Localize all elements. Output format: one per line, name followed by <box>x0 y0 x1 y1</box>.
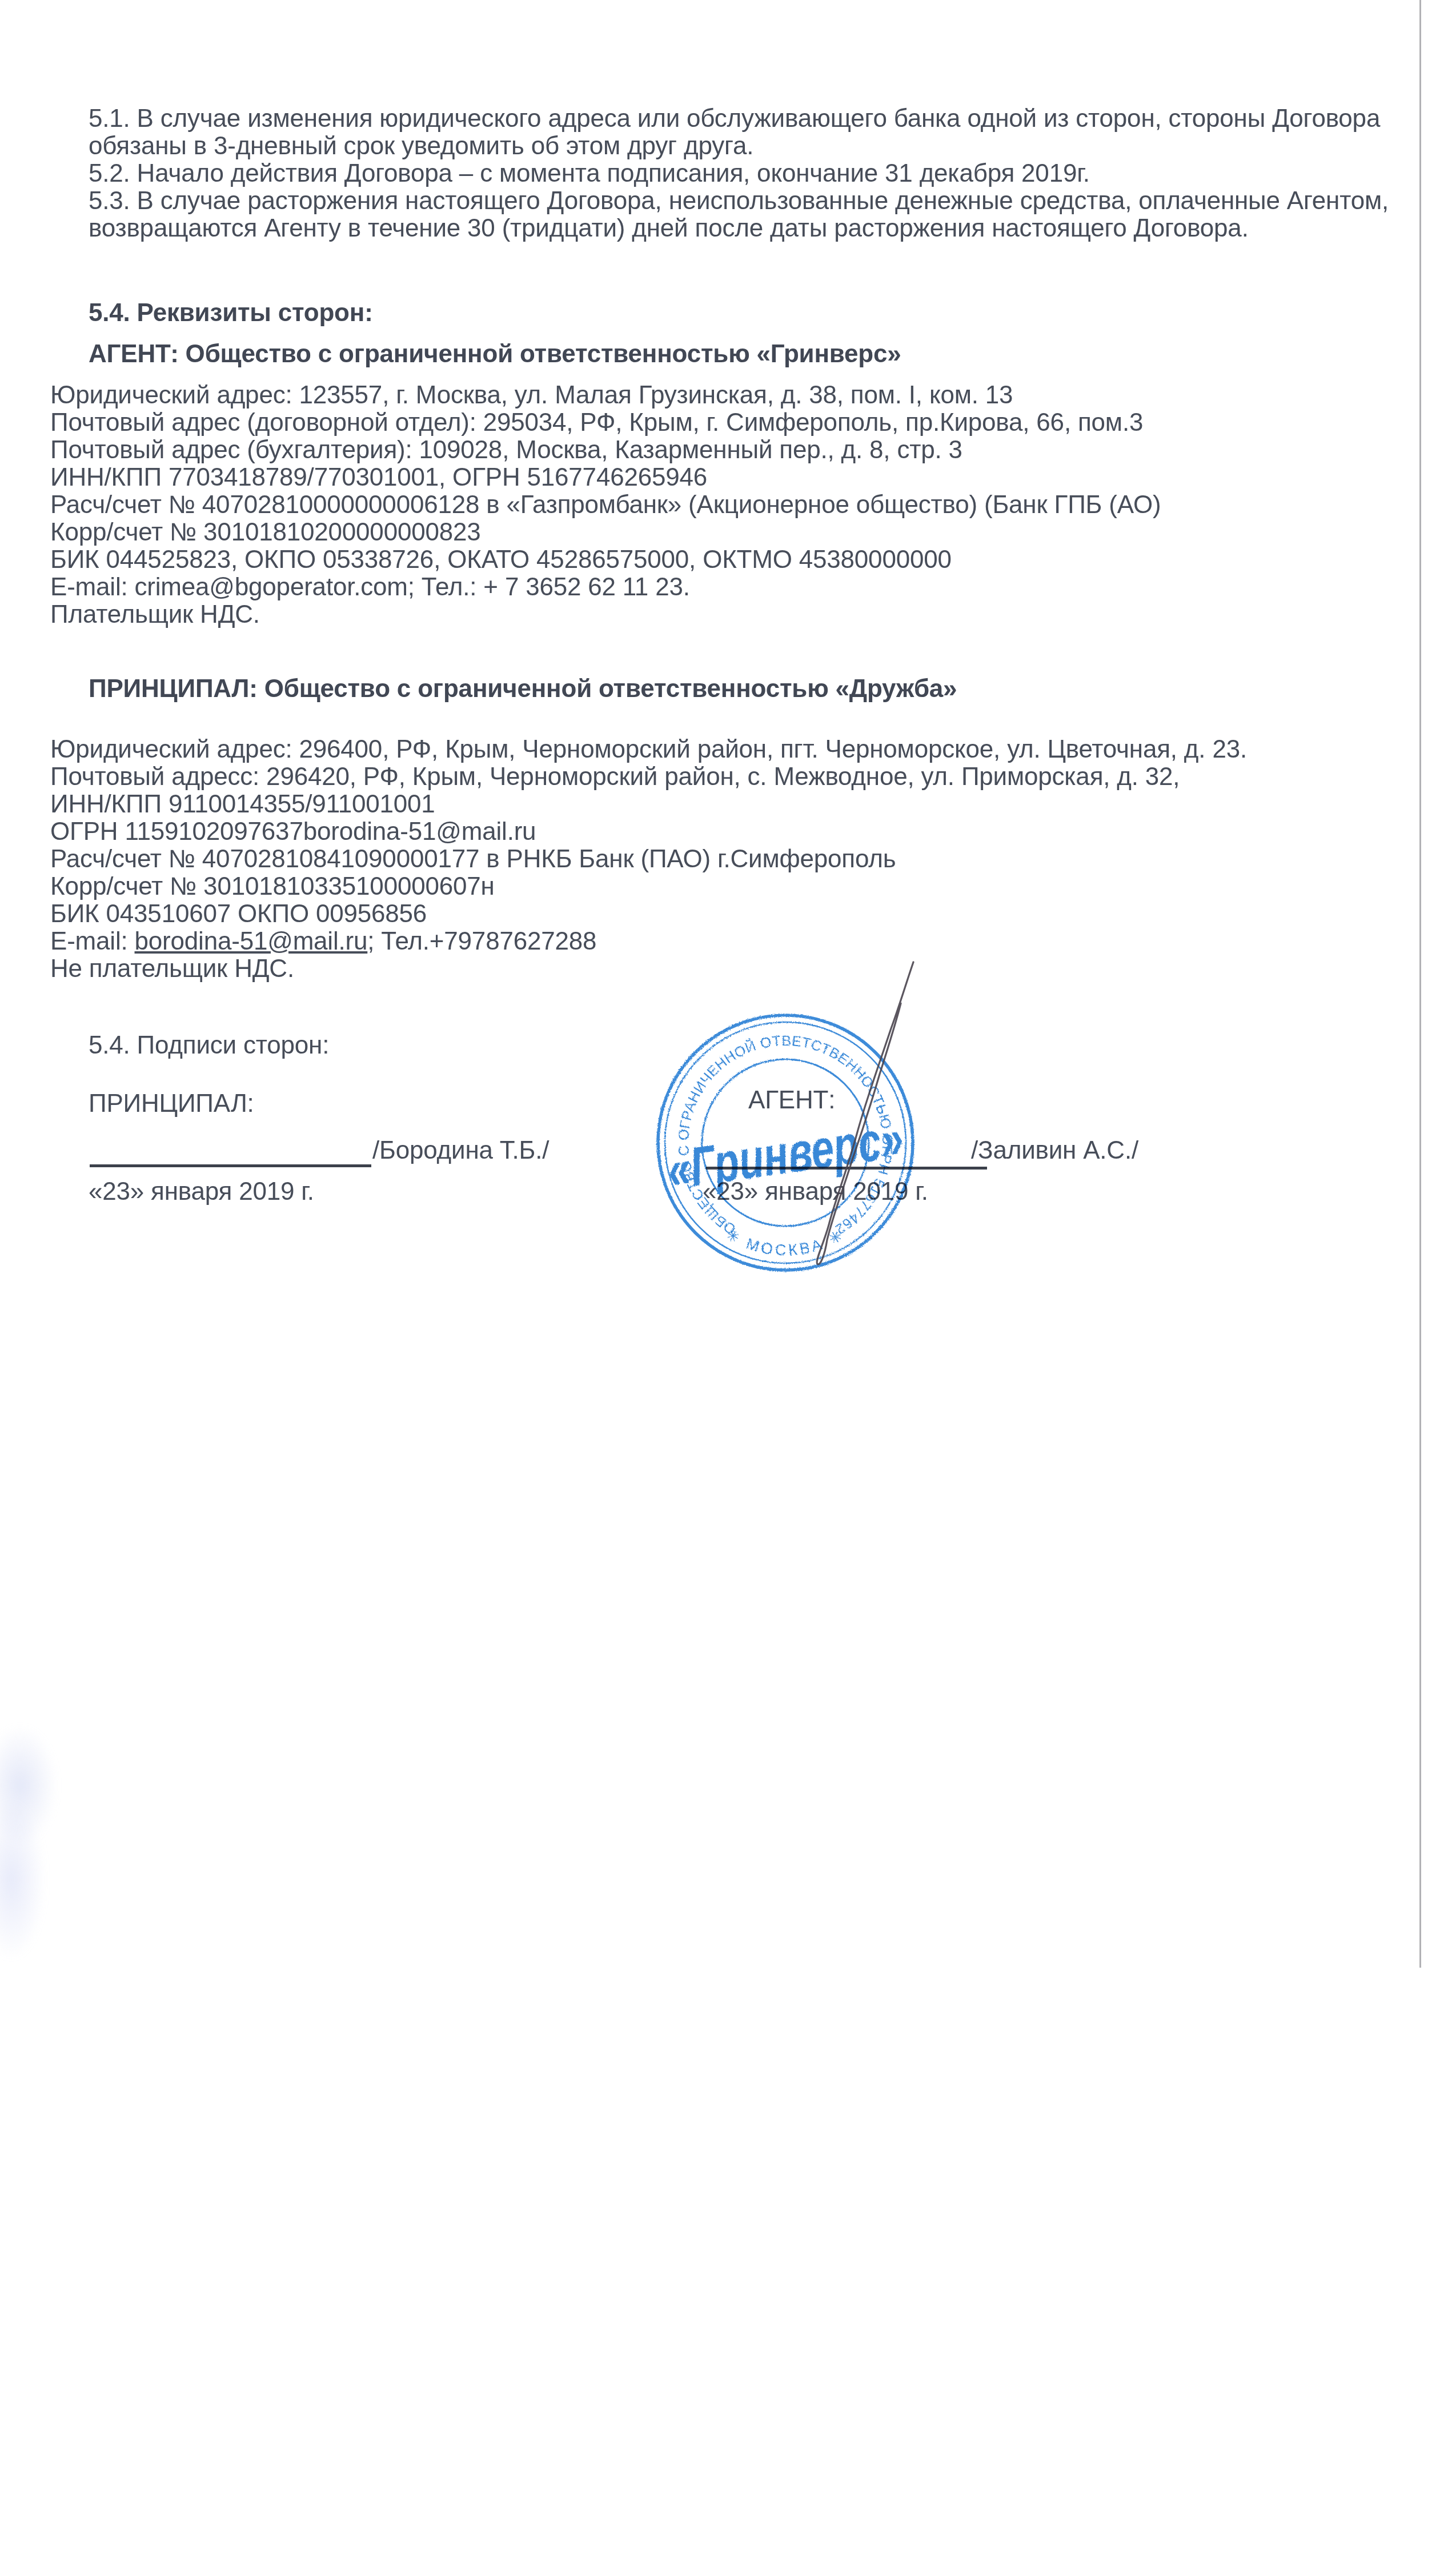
principal-inn-kpp: ИНН/КПП 9110014355/911001001 <box>50 791 435 818</box>
clause-5-1-line-2: обязаны в 3-дневный срок уведомить об эт… <box>89 133 753 160</box>
agent-bik-okpo-okato-oktmo: БИК 044525823, ОКПО 05338726, ОКАТО 4528… <box>50 546 952 574</box>
requisites-heading: 5.4. Реквизиты сторон: <box>89 299 373 327</box>
agent-postal-address-contracts: Почтовый адрес (договорной отдел): 29503… <box>50 409 1143 436</box>
clause-5-1-line-1: 5.1. В случае изменения юридического адр… <box>89 105 1380 133</box>
scan-edge-line <box>1419 0 1421 1968</box>
clause-5-3-line-1: 5.3. В случае расторжения настоящего Дог… <box>89 187 1389 215</box>
agent-email-phone: E-mail: crimea@bgoperator.com; Тел.: + 7… <box>50 574 690 601</box>
agent-signatory-name: /Заливин А.С./ <box>971 1137 1138 1164</box>
signatures-heading: 5.4. Подписи сторон: <box>89 1032 329 1059</box>
principal-signature-line <box>90 1164 371 1167</box>
agent-vat-status: Плательщик НДС. <box>50 601 260 628</box>
agent-legal-address: Юридический адрес: 123557, г. Москва, ул… <box>50 382 1013 409</box>
agent-corr-account: Корр/счет № 30101810200000000823 <box>50 519 481 546</box>
agent-heading: АГЕНТ: Общество с ограниченной ответстве… <box>89 341 901 368</box>
phone-text: ; Тел.+79787627288 <box>367 927 596 955</box>
clause-5-2: 5.2. Начало действия Договора – с момент… <box>89 160 1090 187</box>
clause-5-3-line-2: возвращаются Агенту в течение 30 (тридца… <box>89 215 1249 242</box>
principal-bik-okpo: БИК 043510607 ОКПО 00956856 <box>50 900 427 928</box>
agent-inn-kpp-ogrn: ИНН/КПП 7703418789/770301001, ОГРН 51677… <box>50 464 707 491</box>
principal-settlement-account: Расч/счет № 40702810841090000177 в РНКБ … <box>50 846 896 873</box>
principal-heading: ПРИНЦИПАЛ: Общество с ограниченной ответ… <box>89 675 957 703</box>
principal-ogrn: ОГРН 1159102097637borodina-51@mail.ru <box>50 818 536 846</box>
principal-vat-status: Не плательщик НДС. <box>50 955 294 983</box>
principal-email-phone: E-mail: borodina-51@mail.ru; Тел.+797876… <box>50 928 596 955</box>
principal-signature-label: ПРИНЦИПАЛ: <box>89 1090 254 1118</box>
principal-postal-address: Почтовый адресс: 296420, РФ, Крым, Черно… <box>50 763 1180 791</box>
email-link[interactable]: borodina-51@mail.ru <box>135 927 368 955</box>
scanned-contract-page: { "clauses": { "c51_l1": "5.1. В случае … <box>0 0 1456 2571</box>
principal-signatory-name: /Бородина Т.Б./ <box>372 1137 549 1164</box>
agent-postal-address-accounting: Почтовый адрес (бухгалтерия): 109028, Мо… <box>50 436 962 464</box>
agent-settlement-account: Расч/счет № 40702810000000006128 в «Газп… <box>50 491 1161 519</box>
principal-legal-address: Юридический адрес: 296400, РФ, Крым, Чер… <box>50 736 1247 763</box>
pen-signature-stroke <box>800 948 937 1280</box>
principal-corr-account: Корр/счет № 30101810335100000607н <box>50 873 495 900</box>
email-label: E-mail: <box>50 927 135 955</box>
principal-signature-date: «23» января 2019 г. <box>89 1178 314 1206</box>
